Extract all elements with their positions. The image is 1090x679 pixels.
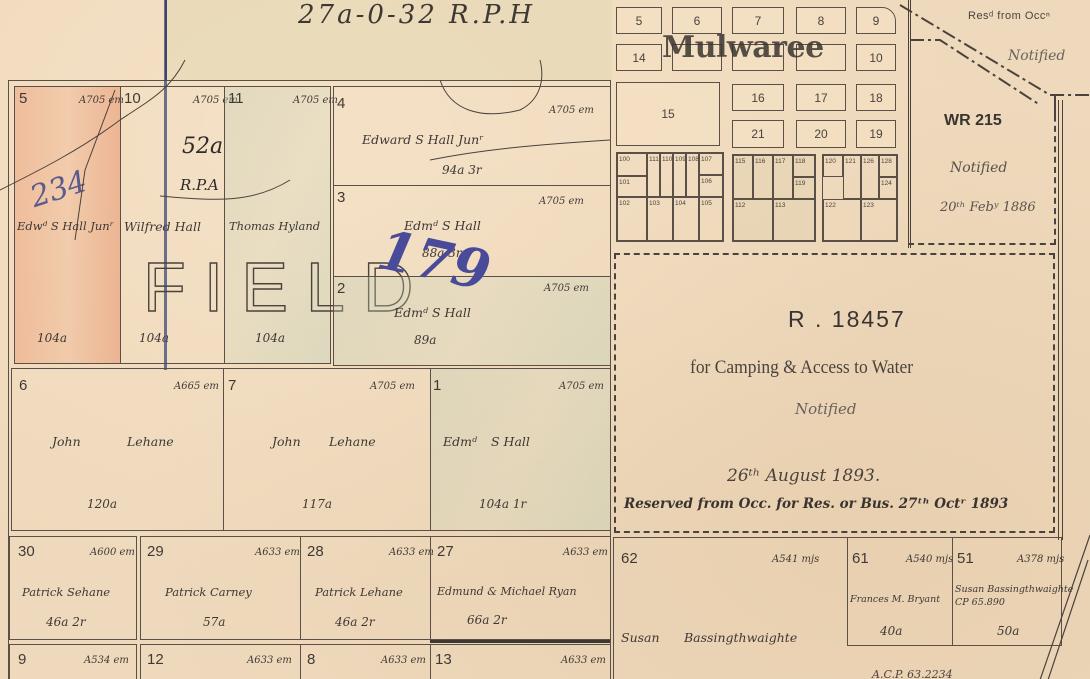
portion-owner-last: Bassingthwaighte — [684, 630, 797, 645]
sub-lot-121[interactable]: 121 — [843, 155, 861, 199]
portion-ref: A633 em — [561, 655, 606, 666]
sub-lot-116[interactable]: 116 — [753, 155, 773, 199]
portion-number: 4 — [337, 95, 345, 112]
sub-lot-108[interactable]: 108 — [686, 153, 699, 197]
reserve-wr215-date: 20ᵗʰ Febʸ 1886 — [940, 200, 1036, 215]
sub-lot-112[interactable]: 112 — [733, 199, 773, 241]
portion-area: 94a 3r — [442, 163, 482, 177]
bottom-cut-label: A.C.P. 63.2234 — [872, 668, 953, 679]
portion-area: 46a 2r — [46, 615, 86, 629]
portion-ref: A633 em — [563, 547, 608, 558]
portion-ref: A600 em — [90, 547, 135, 558]
sub-lot-111[interactable]: 111 — [647, 153, 660, 197]
reserve-18457-title: R . 18457 — [788, 306, 906, 333]
portion-number: 62 — [621, 550, 638, 567]
sub-lot-115[interactable]: 115 — [733, 155, 753, 199]
portion-ref: A705 em — [370, 381, 415, 392]
sub-lot-101[interactable]: 101 — [617, 176, 647, 197]
portion-8[interactable]: 8 A633 em — [300, 644, 431, 679]
portion-number: 7 — [228, 377, 236, 394]
town-lot-5[interactable]: 5 — [616, 7, 662, 34]
portion-number: 27 — [437, 543, 454, 560]
sub-lot-128[interactable]: 128 — [879, 155, 897, 177]
portion-area: 46a 2r — [335, 615, 375, 629]
portion-27[interactable]: 27 A633 em Edmund & Michael Ryan 66a 2r — [430, 536, 611, 640]
portion-ref: A633 em — [389, 547, 434, 558]
portion-ref: A705 em — [549, 105, 594, 116]
portion-owner: Patrick Lehane — [315, 585, 403, 599]
sub-lot-124[interactable]: 124 — [879, 177, 897, 199]
portion-number: 9 — [18, 651, 26, 668]
portion-number: 51 — [957, 550, 974, 567]
right-edge-boundary — [1058, 100, 1063, 540]
town-lot-17[interactable]: 17 — [796, 84, 846, 111]
sub-lot-126[interactable]: 126 — [861, 155, 879, 199]
town-lot-20[interactable]: 20 — [796, 120, 846, 148]
town-lot-21[interactable]: 21 — [732, 120, 784, 148]
sub-lot-103[interactable]: 103 — [647, 197, 673, 241]
portion-area: 40a — [880, 624, 902, 638]
portion-number: 2 — [337, 280, 345, 297]
portion-6[interactable]: 6 A665 em John Lehane 120a — [11, 368, 224, 531]
sub-lots-mid-block: 115 116 117 118 119 112 113 — [732, 154, 816, 242]
portion-ref: A665 em — [174, 381, 219, 392]
portion-29[interactable]: 29 A633 em Patrick Carney 57a — [140, 536, 301, 640]
reserve-wr215-title: WR 215 — [944, 112, 1002, 130]
portion-owner: Patrick Sehane — [22, 585, 110, 599]
reserve-top-right-status: Notified — [1008, 48, 1065, 64]
sub-lot-117[interactable]: 117 — [773, 155, 793, 199]
portion-ref: A705 em — [544, 283, 589, 294]
sub-lot-120[interactable]: 120 — [823, 155, 843, 177]
portion-61[interactable]: 61 A540 mjs Frances M. Bryant 40a — [847, 537, 953, 646]
sub-lot-104[interactable]: 104 — [673, 197, 699, 241]
portion-4[interactable]: 4 A705 em Edward S Hall Junʳ 94a 3r — [333, 86, 611, 186]
sub-lot-113[interactable]: 113 — [773, 199, 815, 241]
portion-owner: Edward S Hall Junʳ — [362, 132, 484, 147]
portion-ref: A534 em — [84, 655, 129, 666]
portion-owner: Edmund & Michael Ryan — [437, 585, 577, 598]
portion-ref: A633 em — [247, 655, 292, 666]
town-lot-15[interactable]: 15 — [616, 82, 720, 146]
portion-1[interactable]: 1 A705 em Edmᵈ S Hall 104a 1r — [430, 368, 611, 531]
reserve-top-right-line1: Resᵈ from Occⁿ — [968, 10, 1050, 22]
portion-area: 117a — [302, 497, 332, 511]
reserve-18457-purpose: for Camping & Access to Water — [690, 357, 913, 379]
portion-number: 3 — [337, 189, 345, 206]
portion-28[interactable]: 28 A633 em Patrick Lehane 46a 2r — [300, 536, 431, 640]
portion-area: 66a 2r — [467, 613, 507, 627]
portion-number: 13 — [435, 651, 452, 668]
reserve-wr215-status: Notified — [950, 160, 1007, 176]
portion-number: 1 — [433, 377, 441, 394]
sub-lot-107[interactable]: 107 — [699, 153, 723, 175]
portion-13[interactable]: 13 A633 em — [430, 644, 611, 679]
town-lot-16[interactable]: 16 — [732, 84, 784, 111]
portion-owner-first: Edmᵈ — [443, 434, 477, 449]
portion-62[interactable]: 62 A541 mjs Susan Bassingthwaighte — [613, 537, 853, 679]
town-lot-14[interactable]: 14 — [616, 44, 662, 71]
reserve-18457-status: Notified — [795, 400, 856, 418]
portion-area: 57a — [203, 615, 225, 629]
portion-number: 6 — [19, 377, 27, 394]
sub-lots-right-block: 120 121 126 128 124 122 123 — [822, 154, 898, 242]
portion-owner-last: Lehane — [329, 434, 376, 449]
town-name-label: Mulwaree — [662, 30, 824, 65]
portion-owner-last: Lehane — [127, 434, 174, 449]
portion-owner-first: John — [52, 434, 81, 449]
portion-ref: A705 em — [559, 381, 604, 392]
portion-ref: A541 mjs — [772, 554, 819, 565]
portion-number: 8 — [307, 651, 315, 668]
reserve-18457-note: Reserved from Occ. for Res. or Bus. 27ᵗʰ… — [624, 496, 1008, 512]
portion-ref: A633 em — [255, 547, 300, 558]
portion-cp: CP 65.890 — [955, 597, 1005, 608]
portion-7[interactable]: 7 A705 em John Lehane 117a — [223, 368, 431, 531]
portion-ref: A633 em — [381, 655, 426, 666]
sub-lot-118[interactable]: 118 — [793, 155, 815, 177]
portion-9[interactable]: 9 A534 em — [9, 644, 137, 679]
portion-ref: A540 mjs — [906, 554, 953, 565]
portion-owner-first: John — [272, 434, 301, 449]
portion-owner-last: S Hall — [491, 434, 530, 449]
sub-lots-left-block: 100 111 110 109 108 107 101 106 102 103 … — [616, 152, 724, 242]
road-strikethrough — [430, 640, 610, 643]
portion-number: 61 — [852, 550, 869, 567]
portion-owner: Frances M. Bryant — [850, 594, 940, 605]
portion-owner: Patrick Carney — [165, 585, 252, 599]
portion-number: 28 — [307, 543, 324, 560]
sub-lot-109[interactable]: 109 — [673, 153, 686, 197]
diagonal-road-lines — [1030, 530, 1090, 679]
sub-lot-123[interactable]: 123 — [861, 199, 897, 241]
portion-owner-first: Susan — [621, 630, 660, 645]
portion-area: 120a — [87, 497, 117, 511]
town-lot-19[interactable]: 19 — [856, 120, 896, 148]
portion-area: 104a 1r — [479, 497, 526, 511]
sub-lot-106[interactable]: 106 — [699, 175, 723, 197]
sub-lot-110[interactable]: 110 — [660, 153, 673, 197]
sub-lot-122[interactable]: 122 — [823, 199, 861, 241]
portion-number: 29 — [147, 543, 164, 560]
sub-lot-100[interactable]: 100 — [617, 153, 647, 176]
sub-lot-102[interactable]: 102 — [617, 197, 647, 241]
reserve-18457-date: 26ᵗʰ August 1893. — [727, 466, 880, 486]
portion-area: 50a — [997, 624, 1019, 638]
portion-number: 30 — [18, 543, 35, 560]
portion-12[interactable]: 12 A633 em — [140, 644, 301, 679]
portion-ref: A705 em — [539, 196, 584, 207]
sub-lot-119[interactable]: 119 — [793, 177, 815, 199]
portion-area: 89a — [414, 333, 436, 347]
portion-number: 12 — [147, 651, 164, 668]
portion-30[interactable]: 30 A600 em Patrick Sehane 46a 2r — [9, 536, 137, 640]
portion-owner: Edmᵈ S Hall — [394, 305, 471, 320]
sub-lot-105[interactable]: 105 — [699, 197, 723, 241]
reserve-18457[interactable] — [614, 253, 1055, 533]
